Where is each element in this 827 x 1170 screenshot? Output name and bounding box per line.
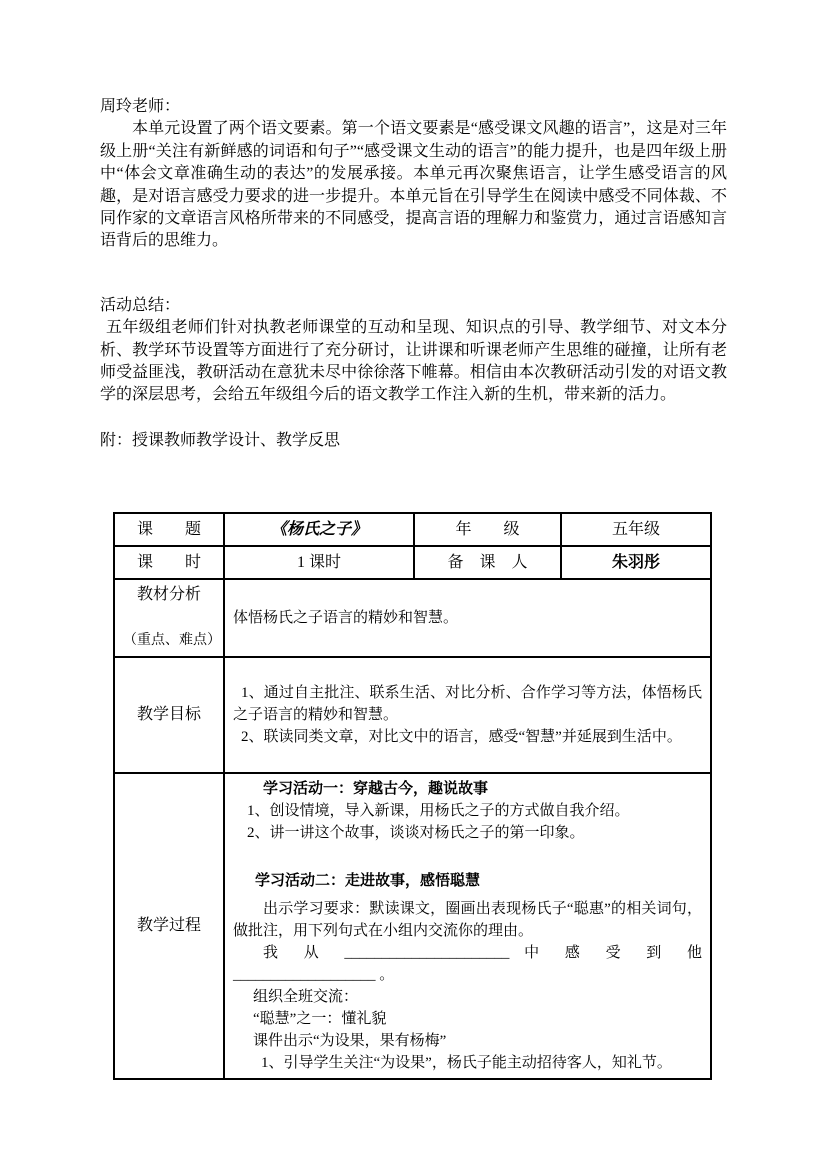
attachment-note: 附：授课教师教学设计、教学反思 [100,430,727,452]
preparer-label: 备 课 人 [414,546,561,579]
cleverness-point-1: “聪慧”之一：懂礼貌 [233,1008,702,1030]
table-row-title: 课 题 《杨氏之子》 年 级 五年级 [114,513,711,546]
material-analysis-note: （重点、难点） [123,630,215,652]
unit-intro-paragraph: 本单元设置了两个语文要素。第一个语文要素是“感受课文风趣的语言”，这是对三年级上… [100,118,727,252]
material-analysis-content: 体悟杨氏之子语言的精妙和智慧。 [224,579,711,657]
sentence-frame-line-1: 我 从 ______________________ 中 感 受 到 他 [233,942,702,964]
activity-summary-heading: 活动总结： [100,295,727,317]
material-analysis-label: 教材分析 [123,584,215,606]
lesson-hours-value: 1 课时 [224,546,414,579]
table-row-teaching-process: 教学过程 学习活动一：穿越古今，趣说故事 1、创设情境，导入新课，用杨氏之子的方… [114,773,711,1079]
teaching-goals-content: 1、通过自主批注、联系生活、对比分析、合作学习等方法，体悟杨氏之子语言的精妙和智… [224,657,711,773]
course-title-label: 课 题 [114,513,224,546]
activity1-heading: 学习活动一：穿越古今，趣说故事 [233,778,702,800]
courseware-line: 课件出示“为设果，果有杨梅” [233,1030,702,1052]
teaching-process-label: 教学过程 [114,773,224,1079]
activity1-step-2: 2、讲一讲这个故事，谈谈对杨氏之子的第一印象。 [233,822,702,844]
guide-step-line: 1、引导学生关注“为设果”，杨氏子能主动招待客人，知礼节。 [233,1052,702,1074]
activity2-heading: 学习活动二：走进故事，感悟聪慧 [233,870,702,892]
class-discussion-line: 组织全班交流： [233,986,702,1008]
lesson-hours-label: 课 时 [114,546,224,579]
teaching-goals-label: 教学目标 [114,657,224,773]
activity1-step-1: 1、创设情境，导入新课，用杨氏之子的方式做自我介绍。 [233,800,702,822]
activity2-requirements: 出示学习要求：默读课文，圈画出表现杨氏子“聪惠”的相关词句，做批注，用下列句式在… [233,898,702,942]
sentence-frame-line-2: ___________________ 。 [233,964,702,986]
grade-label: 年 级 [414,513,561,546]
goal-item-2: 2、联读同类文章，对比文中的语言，感受“智慧”并延展到生活中。 [233,726,702,748]
document-page: 周玲老师： 本单元设置了两个语文要素。第一个语文要素是“感受课文风趣的语言”，这… [0,0,827,1170]
material-analysis-label-cell: 教材分析 （重点、难点） [114,579,224,657]
grade-value: 五年级 [561,513,711,546]
goal-item-1: 1、通过自主批注、联系生活、对比分析、合作学习等方法，体悟杨氏之子语言的精妙和智… [233,682,702,726]
table-row-hours: 课 时 1 课时 备 课 人 朱羽彤 [114,546,711,579]
table-row-material-analysis: 教材分析 （重点、难点） 体悟杨氏之子语言的精妙和智慧。 [114,579,711,657]
table-row-teaching-goals: 教学目标 1、通过自主批注、联系生活、对比分析、合作学习等方法，体悟杨氏之子语言… [114,657,711,773]
preparer-name: 朱羽彤 [561,546,711,579]
activity-summary-paragraph: 五年级组老师们针对执教老师课堂的互动和呈现、知识点的引导、教学细节、对文本分析、… [100,317,727,407]
course-title-value: 《杨氏之子》 [224,513,414,546]
teaching-process-content: 学习活动一：穿越古今，趣说故事 1、创设情境，导入新课，用杨氏之子的方式做自我介… [224,773,711,1079]
salutation: 周玲老师： [100,96,727,118]
lesson-plan-table: 课 题 《杨氏之子》 年 级 五年级 课 时 1 课时 备 课 人 朱羽彤 教材… [113,512,712,1080]
